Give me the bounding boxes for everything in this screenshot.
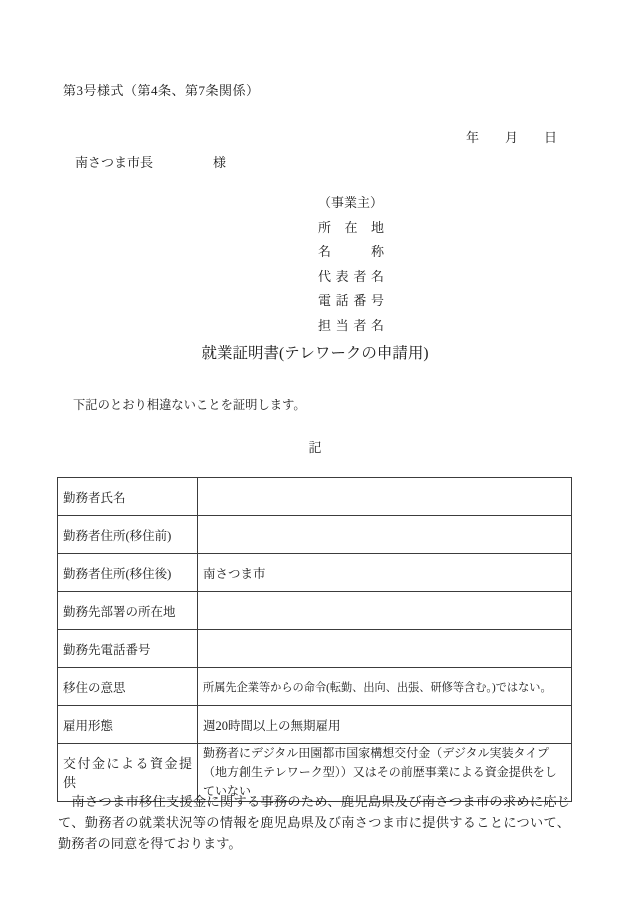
table-row-employment-type: 雇用形態 週20時間以上の無期雇用	[58, 706, 572, 744]
table-row-address-after: 勤務者住所(移住後) 南さつま市	[58, 554, 572, 592]
issuer-field-contact: 担当者名	[318, 314, 384, 339]
table-row-migration-intent: 移住の意思 所属先企業等からの命令(転勤、出向、出張、研修等含む。)ではない。	[58, 668, 572, 706]
row-label: 勤務先部署の所在地	[58, 592, 198, 630]
issuer-field-phone: 電話番号	[318, 289, 384, 314]
row-value: 週20時間以上の無期雇用	[198, 706, 572, 744]
issuer-field-representative: 代表者名	[318, 265, 384, 290]
issuer-field-name: 名称	[318, 240, 384, 265]
certify-statement: 下記のとおり相違ないことを証明します。	[73, 395, 306, 413]
row-value	[198, 592, 572, 630]
form-number: 第3号様式（第4条、第7条関係）	[63, 80, 260, 99]
row-value	[198, 516, 572, 554]
row-label: 移住の意思	[58, 668, 198, 706]
addressee-honorific: 様	[153, 155, 226, 170]
issuer-field-address: 所在地	[318, 216, 384, 241]
table-row-worker-name: 勤務者氏名	[58, 478, 572, 516]
row-label: 勤務先電話番号	[58, 630, 198, 668]
table-row-department-location: 勤務先部署の所在地	[58, 592, 572, 630]
table-row-workplace-phone: 勤務先電話番号	[58, 630, 572, 668]
table-row-address-before: 勤務者住所(移住前)	[58, 516, 572, 554]
document-page: 第3号様式（第4条、第7条関係） 年 月 日 南さつま市長様 （事業主） 所在地…	[0, 0, 630, 903]
row-label: 勤務者住所(移住後)	[58, 554, 198, 592]
row-value	[198, 478, 572, 516]
issuer-block: （事業主） 所在地 名称 代表者名 電話番号 担当者名	[318, 191, 384, 339]
employment-form-table: 勤務者氏名 勤務者住所(移住前) 勤務者住所(移住後) 南さつま市 勤務先部署の…	[57, 477, 572, 802]
row-label: 勤務者氏名	[58, 478, 198, 516]
document-title: 就業証明書(テレワークの申請用)	[0, 341, 630, 363]
row-value	[198, 630, 572, 668]
row-label: 雇用形態	[58, 706, 198, 744]
record-marker: 記	[0, 437, 630, 456]
date-line: 年 月 日	[466, 127, 557, 146]
row-value: 南さつま市	[198, 554, 572, 592]
row-label: 勤務者住所(移住前)	[58, 516, 198, 554]
issuer-heading: （事業主）	[318, 191, 384, 216]
addressee-line: 南さつま市長様	[75, 152, 226, 171]
row-value: 所属先企業等からの命令(転勤、出向、出張、研修等含む。)ではない。	[198, 668, 572, 706]
addressee-name: 南さつま市長	[75, 155, 153, 170]
consent-paragraph: 南さつま市移住支援金に関する事務のため、鹿児島県及び南さつま市の求めに応じて、勤…	[58, 791, 570, 854]
